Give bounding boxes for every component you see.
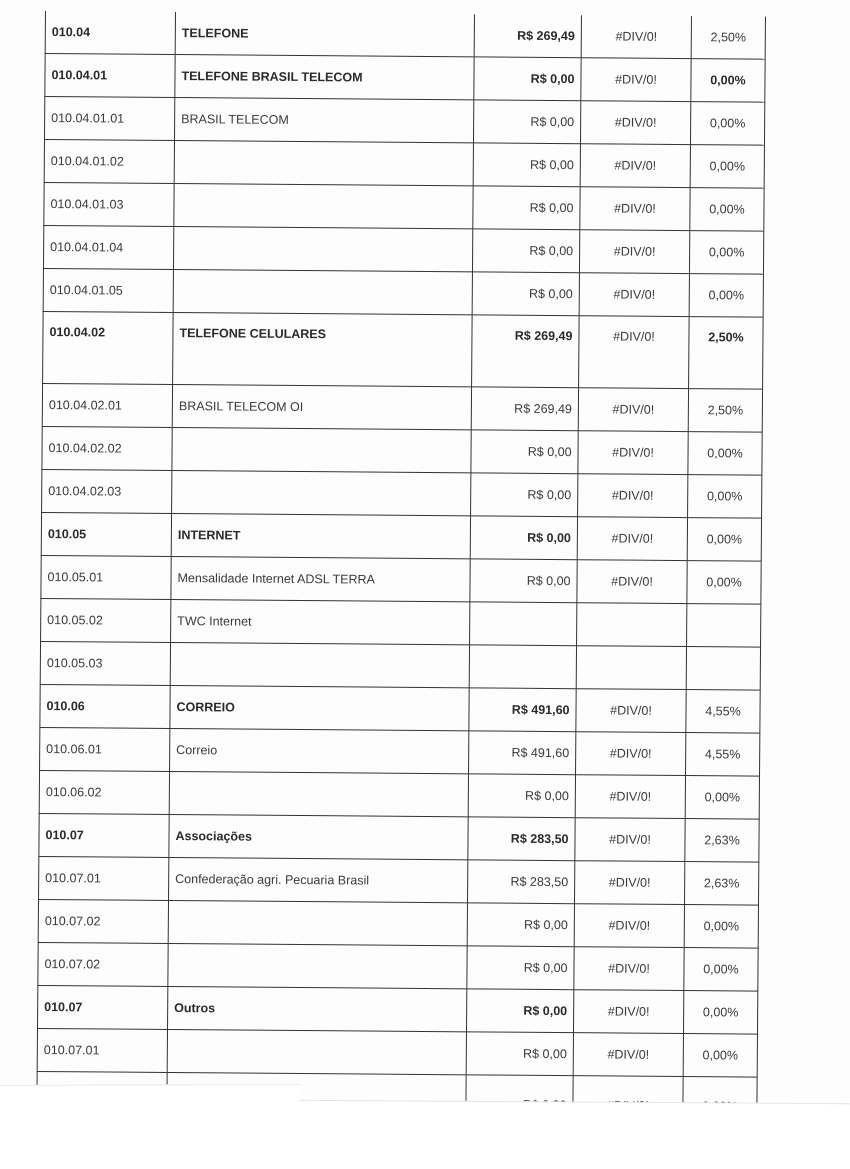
description-cell: [169, 772, 468, 817]
amount: R$ 0,00: [527, 574, 571, 588]
percent-cell: [687, 604, 761, 648]
account-code: 010.07.01: [44, 1043, 100, 1057]
ratio-cell: #DIV/0!: [580, 144, 690, 188]
ratio: #DIV/0!: [610, 703, 652, 717]
ratio-cell: [576, 646, 686, 690]
ratio: #DIV/0!: [615, 72, 657, 86]
amount: R$ 269,49: [517, 29, 575, 43]
amount-cell: R$ 491,60: [469, 688, 576, 732]
amount: R$ 269,49: [514, 402, 572, 416]
description-cell: Associações: [169, 815, 468, 860]
description-cell: TWC Internet: [171, 600, 470, 645]
account-code: 010.04.01.04: [50, 240, 123, 255]
ratio-cell: #DIV/0!: [580, 187, 690, 231]
ratio: #DIV/0!: [614, 158, 656, 172]
percent: 0,00%: [710, 116, 746, 130]
table-row: 010.05.02 TWC Internet: [41, 598, 761, 647]
account-code: 010.07: [44, 1000, 82, 1014]
account-code: 010.04.01.02: [51, 154, 124, 169]
ratio-cell: #DIV/0!: [577, 517, 687, 561]
description: TELEFONE: [182, 26, 249, 41]
amount: R$ 0,00: [530, 201, 574, 215]
description: INTERNET: [178, 528, 241, 542]
description-cell: [174, 184, 473, 229]
percent: 2,50%: [708, 403, 744, 417]
percent: 0,00%: [705, 790, 741, 804]
account-code-cell: 010.07.01: [39, 856, 169, 900]
description: TELEFONE CELULARES: [179, 326, 326, 341]
percent-cell: 2,50%: [689, 317, 764, 390]
account-code: 010.04.02.01: [49, 398, 122, 413]
description-cell: Mensalidade Internet ADSL TERRA: [171, 557, 470, 602]
amount-cell: R$ 0,00: [466, 989, 573, 1033]
account-code: 010.04.02.03: [48, 484, 121, 499]
ratio: #DIV/0!: [608, 961, 650, 975]
table-row: 010.04 TELEFONE R$ 269,49 #DIV/0! 2,50%: [45, 11, 765, 59]
ratio-cell: #DIV/0!: [579, 230, 689, 274]
percent: 2,50%: [708, 330, 744, 344]
account-code: 010.07.02: [45, 914, 101, 928]
ratio-cell: #DIV/0!: [575, 775, 685, 819]
percent: 0,00%: [703, 962, 739, 976]
description-cell: Confederação agri. Pecuaria Brasil: [169, 857, 468, 902]
percent-cell: 0,00%: [691, 59, 765, 103]
ratio-cell: #DIV/0!: [579, 273, 689, 317]
table-row: 010.04.02.02 R$ 0,00 #DIV/0! 0,00%: [42, 426, 762, 475]
account-code-cell: 010.07.01: [37, 1028, 167, 1072]
percent-cell: 0,00%: [690, 145, 764, 189]
description-cell: INTERNET: [171, 514, 470, 559]
ratio-cell: #DIV/0!: [581, 15, 691, 58]
description-cell: BRASIL TELECOM OI: [172, 385, 471, 430]
percent-cell: 0,00%: [687, 518, 761, 562]
amount-cell: R$ 283,50: [468, 817, 575, 861]
percent: 0,00%: [710, 73, 746, 87]
ratio: #DIV/0!: [615, 115, 657, 129]
ratio: #DIV/0!: [613, 329, 655, 343]
percent: 0,00%: [703, 1048, 739, 1062]
account-code-cell: 010.04.01.03: [44, 182, 174, 226]
table-row: 010.05 INTERNET R$ 0,00 #DIV/0! 0,00%: [41, 512, 761, 561]
ratio: #DIV/0!: [608, 1004, 650, 1018]
table-row: 010.04.01.03 R$ 0,00 #DIV/0! 0,00%: [44, 182, 764, 231]
percent-cell: 0,00%: [690, 102, 764, 146]
account-code: 010.05.02: [47, 613, 103, 627]
ratio: #DIV/0!: [614, 201, 656, 215]
table-row: 010.05.01 Mensalidade Internet ADSL TERR…: [41, 555, 761, 604]
percent: 4,55%: [705, 747, 741, 761]
amount: R$ 0,00: [530, 158, 574, 172]
ratio: #DIV/0!: [612, 488, 654, 502]
description-cell: Correio: [170, 729, 469, 774]
amount-cell: R$ 0,00: [473, 100, 580, 144]
amount-cell: R$ 0,00: [470, 559, 577, 603]
description-cell: [168, 943, 467, 988]
account-code: 010.04: [52, 25, 90, 39]
amount-cell: R$ 0,00: [467, 903, 574, 947]
account-code: 010.05.01: [47, 570, 103, 584]
ratio: #DIV/0!: [614, 244, 656, 258]
account-code: 010.04.01.03: [50, 197, 123, 212]
amount-cell: R$ 0,00: [468, 774, 575, 818]
table-row: 010.04.02.03 R$ 0,00 #DIV/0! 0,00%: [42, 469, 762, 518]
amount: R$ 0,00: [525, 789, 569, 803]
amount-cell: R$ 0,00: [472, 229, 579, 273]
amount: R$ 0,00: [523, 1004, 567, 1018]
amount: R$ 0,00: [531, 72, 575, 86]
description-cell: [172, 428, 471, 473]
table-row: 010.04.01.02 R$ 0,00 #DIV/0! 0,00%: [44, 139, 764, 188]
account-code-cell: 010.06.01: [40, 727, 170, 771]
table-row: 010.04.01.04 R$ 0,00 #DIV/0! 0,00%: [43, 225, 763, 274]
amount-cell: R$ 0,00: [474, 57, 581, 101]
description-cell: Outros: [168, 986, 467, 1031]
ratio: #DIV/0!: [611, 574, 653, 588]
account-code-cell: 010.04.02.03: [42, 469, 172, 513]
account-code-cell: 010.04.02.01: [42, 383, 172, 427]
percent-cell: 0,00%: [689, 231, 763, 275]
table-row: 010.07 Outros R$ 0,00 #DIV/0! 0,00%: [38, 985, 758, 1034]
table-row: 010.07 Associações R$ 283,50 #DIV/0! 2,6…: [39, 813, 759, 862]
table-row: 010.05.03: [40, 641, 760, 690]
table-row: 010.06 CORREIO R$ 491,60 #DIV/0! 4,55%: [40, 684, 760, 733]
account-code-cell: 010.04.02.02: [42, 426, 172, 470]
percent-cell: 4,55%: [686, 733, 760, 777]
amount-cell: R$ 0,00: [467, 946, 574, 990]
ratio-cell: #DIV/0!: [576, 689, 686, 733]
amount-cell: R$ 269,49: [471, 387, 578, 431]
amount: R$ 283,50: [510, 875, 568, 889]
ratio-cell: #DIV/0!: [575, 818, 685, 862]
amount: R$ 0,00: [527, 488, 571, 502]
account-code: 010.04.01.01: [51, 111, 124, 126]
account-code: 010.04.02: [49, 325, 105, 339]
table-row: 010.06.01 Correio R$ 491,60 #DIV/0! 4,55…: [40, 727, 760, 776]
amount-cell: R$ 269,49: [472, 315, 580, 388]
ratio-cell: #DIV/0!: [573, 1033, 683, 1077]
percent: 4,55%: [705, 704, 741, 718]
account-code: 010.06: [46, 699, 84, 713]
percent: 2,63%: [704, 833, 740, 847]
percent-cell: 2,50%: [688, 389, 762, 433]
percent-cell: 4,55%: [686, 690, 760, 734]
table-row: 010.07.02 R$ 0,00 #DIV/0! 0,00%: [38, 942, 758, 991]
description-cell: [172, 471, 471, 516]
ratio: #DIV/0!: [613, 287, 655, 301]
account-code-cell: 010.04.01: [45, 54, 175, 98]
percent-cell: 0,00%: [684, 905, 758, 949]
account-code-cell: 010.04.01.05: [43, 268, 173, 312]
scan-edge-left: [0, 1084, 300, 1169]
percent-cell: 2,50%: [691, 16, 765, 59]
account-code-cell: 010.04.01.04: [43, 225, 173, 269]
amount-cell: R$ 0,00: [472, 272, 579, 316]
account-code: 010.04.01: [51, 68, 107, 82]
ratio-cell: #DIV/0!: [578, 474, 688, 518]
description-cell: TELEFONE: [175, 12, 474, 57]
ratio: #DIV/0!: [611, 531, 653, 545]
account-code-cell: 010.07: [39, 813, 169, 857]
percent: 0,00%: [707, 446, 743, 460]
amount-cell: R$ 0,00: [471, 473, 578, 517]
account-code-cell: 010.04.01.02: [44, 139, 174, 183]
amount-cell: [470, 602, 577, 646]
percent-cell: 0,00%: [687, 561, 761, 605]
ratio-cell: #DIV/0!: [581, 58, 691, 102]
percent-cell: 0,00%: [684, 948, 758, 992]
amount-cell: R$ 491,60: [469, 731, 576, 775]
account-code: 010.07: [45, 828, 83, 842]
amount-cell: R$ 0,00: [471, 430, 578, 474]
ledger-body: 010.04 TELEFONE R$ 269,49 #DIV/0! 2,50% …: [37, 11, 766, 1108]
account-code: 010.05.03: [47, 656, 103, 670]
account-code-cell: 010.05.01: [41, 555, 171, 599]
percent: 0,00%: [706, 575, 742, 589]
description-cell: [167, 1029, 466, 1074]
amount: R$ 269,49: [515, 329, 573, 343]
account-code: 010.06.01: [46, 742, 102, 756]
percent: 0,00%: [709, 202, 745, 216]
amount-cell: R$ 0,00: [473, 186, 580, 230]
amount-cell: R$ 283,50: [468, 860, 575, 904]
percent: 0,00%: [703, 1005, 739, 1019]
account-code-cell: 010.04.01.01: [44, 97, 174, 141]
description: BRASIL TELECOM: [181, 112, 289, 127]
ratio-cell: [577, 603, 687, 647]
ratio: #DIV/0!: [607, 1047, 649, 1061]
description-cell: TELEFONE CELULARES: [173, 313, 473, 387]
ratio-cell: #DIV/0!: [579, 316, 690, 389]
description-cell: [173, 227, 472, 272]
description: Associações: [175, 829, 252, 844]
ratio-cell: #DIV/0!: [576, 732, 686, 776]
description: Correio: [176, 743, 217, 757]
amount: R$ 491,60: [512, 703, 570, 717]
description-cell: [174, 141, 473, 186]
percent: 2,50%: [711, 30, 747, 44]
percent: 0,00%: [704, 919, 740, 933]
ratio-cell: #DIV/0!: [580, 101, 690, 145]
amount-cell: [469, 645, 576, 689]
expense-ledger-table: 010.04 TELEFONE R$ 269,49 #DIV/0! 2,50% …: [36, 11, 766, 1109]
percent-cell: 2,63%: [685, 819, 759, 863]
account-code-cell: 010.06: [40, 684, 170, 728]
percent: 0,00%: [708, 288, 744, 302]
ratio-cell: #DIV/0!: [578, 388, 688, 432]
percent: 0,00%: [710, 159, 746, 173]
table-row: 010.04.01.01 BRASIL TELECOM R$ 0,00 #DIV…: [44, 97, 764, 146]
table-row: 010.07.02 R$ 0,00 #DIV/0! 0,00%: [38, 899, 758, 948]
ratio-cell: #DIV/0!: [578, 431, 688, 475]
table-row: 010.07.01 R$ 0,00 #DIV/0! 0,00%: [37, 1028, 757, 1077]
ratio: #DIV/0!: [610, 746, 652, 760]
table-row: 010.06.02 R$ 0,00 #DIV/0! 0,00%: [39, 770, 759, 819]
ratio: #DIV/0!: [609, 875, 651, 889]
account-code: 010.04.01.05: [50, 283, 123, 298]
ratio-cell: #DIV/0!: [577, 560, 687, 604]
description-cell: TELEFONE BRASIL TELECOM: [175, 55, 474, 100]
account-code-cell: 010.05.02: [41, 598, 171, 642]
amount: R$ 0,00: [530, 115, 574, 129]
account-code-cell: 010.04.02: [43, 311, 174, 384]
description: TELEFONE BRASIL TELECOM: [181, 69, 362, 84]
amount: R$ 0,00: [523, 1047, 567, 1061]
account-code-cell: 010.07: [38, 985, 168, 1029]
amount: R$ 0,00: [524, 918, 568, 932]
percent: 0,00%: [707, 532, 743, 546]
account-code-cell: 010.07.02: [38, 899, 168, 943]
description: Mensalidade Internet ADSL TERRA: [177, 571, 374, 587]
ratio: #DIV/0!: [608, 918, 650, 932]
description-cell: [170, 643, 469, 688]
percent: 0,00%: [709, 245, 745, 259]
table-row: 010.04.01 TELEFONE BRASIL TELECOM R$ 0,0…: [45, 54, 765, 103]
ratio: #DIV/0!: [612, 445, 654, 459]
table-row: 010.04.02.01 BRASIL TELECOM OI R$ 269,49…: [42, 383, 762, 432]
ratio: #DIV/0!: [609, 789, 651, 803]
account-code-cell: 010.05: [41, 512, 171, 556]
amount: R$ 0,00: [527, 531, 571, 545]
table-row: 010.07.01 Confederação agri. Pecuaria Br…: [39, 856, 759, 905]
description-cell: [173, 270, 472, 315]
description-cell: [168, 900, 467, 945]
account-code: 010.05: [48, 527, 86, 541]
ratio-cell: #DIV/0!: [574, 904, 684, 948]
description: Confederação agri. Pecuaria Brasil: [175, 872, 369, 888]
ratio-cell: #DIV/0!: [575, 861, 685, 905]
account-code-cell: 010.06.02: [39, 770, 169, 814]
ratio: #DIV/0!: [609, 832, 651, 846]
account-code-cell: 010.07.02: [38, 942, 168, 986]
scanned-sheet: 010.04 TELEFONE R$ 269,49 #DIV/0! 2,50% …: [0, 0, 850, 1169]
account-code: 010.07.01: [45, 871, 101, 885]
account-code-cell: 010.05.03: [40, 641, 170, 685]
ratio-cell: #DIV/0!: [573, 990, 683, 1034]
amount: R$ 0,00: [524, 961, 568, 975]
percent-cell: 0,00%: [685, 776, 759, 820]
amount-cell: R$ 269,49: [474, 14, 581, 57]
percent-cell: 0,00%: [683, 991, 757, 1035]
amount: R$ 0,00: [528, 445, 572, 459]
account-code-cell: 010.04: [45, 11, 175, 55]
percent-cell: 0,00%: [689, 274, 763, 318]
percent-cell: 0,00%: [690, 188, 764, 232]
description-cell: BRASIL TELECOM: [174, 98, 473, 143]
ratio: #DIV/0!: [615, 29, 657, 43]
account-code: 010.04.02.02: [49, 441, 122, 456]
amount-cell: R$ 0,00: [470, 516, 577, 560]
percent-cell: 0,00%: [688, 475, 762, 519]
percent-cell: 0,00%: [688, 432, 762, 476]
account-code: 010.06.02: [46, 785, 102, 799]
amount-cell: R$ 0,00: [473, 143, 580, 187]
description: TWC Internet: [177, 614, 251, 629]
percent-cell: 0,00%: [683, 1034, 757, 1078]
table-row: 010.04.02 TELEFONE CELULARES R$ 269,49 #…: [43, 311, 764, 389]
description: CORREIO: [176, 700, 234, 714]
ratio: #DIV/0!: [612, 402, 654, 416]
amount-cell: R$ 0,00: [466, 1032, 573, 1076]
amount: R$ 0,00: [529, 287, 573, 301]
amount: R$ 491,60: [511, 746, 569, 760]
amount: R$ 0,00: [529, 244, 573, 258]
percent: 0,00%: [707, 489, 743, 503]
description: BRASIL TELECOM OI: [179, 399, 303, 414]
description: Outros: [174, 1001, 215, 1015]
account-code: 010.07.02: [44, 957, 100, 971]
percent-cell: 2,63%: [685, 862, 759, 906]
table-row: 010.04.01.05 R$ 0,00 #DIV/0! 0,00%: [43, 268, 763, 317]
percent: 2,63%: [704, 876, 740, 890]
amount: R$ 283,50: [511, 832, 569, 846]
description-cell: CORREIO: [170, 686, 469, 731]
percent-cell: [686, 647, 760, 691]
ratio-cell: #DIV/0!: [574, 947, 684, 991]
